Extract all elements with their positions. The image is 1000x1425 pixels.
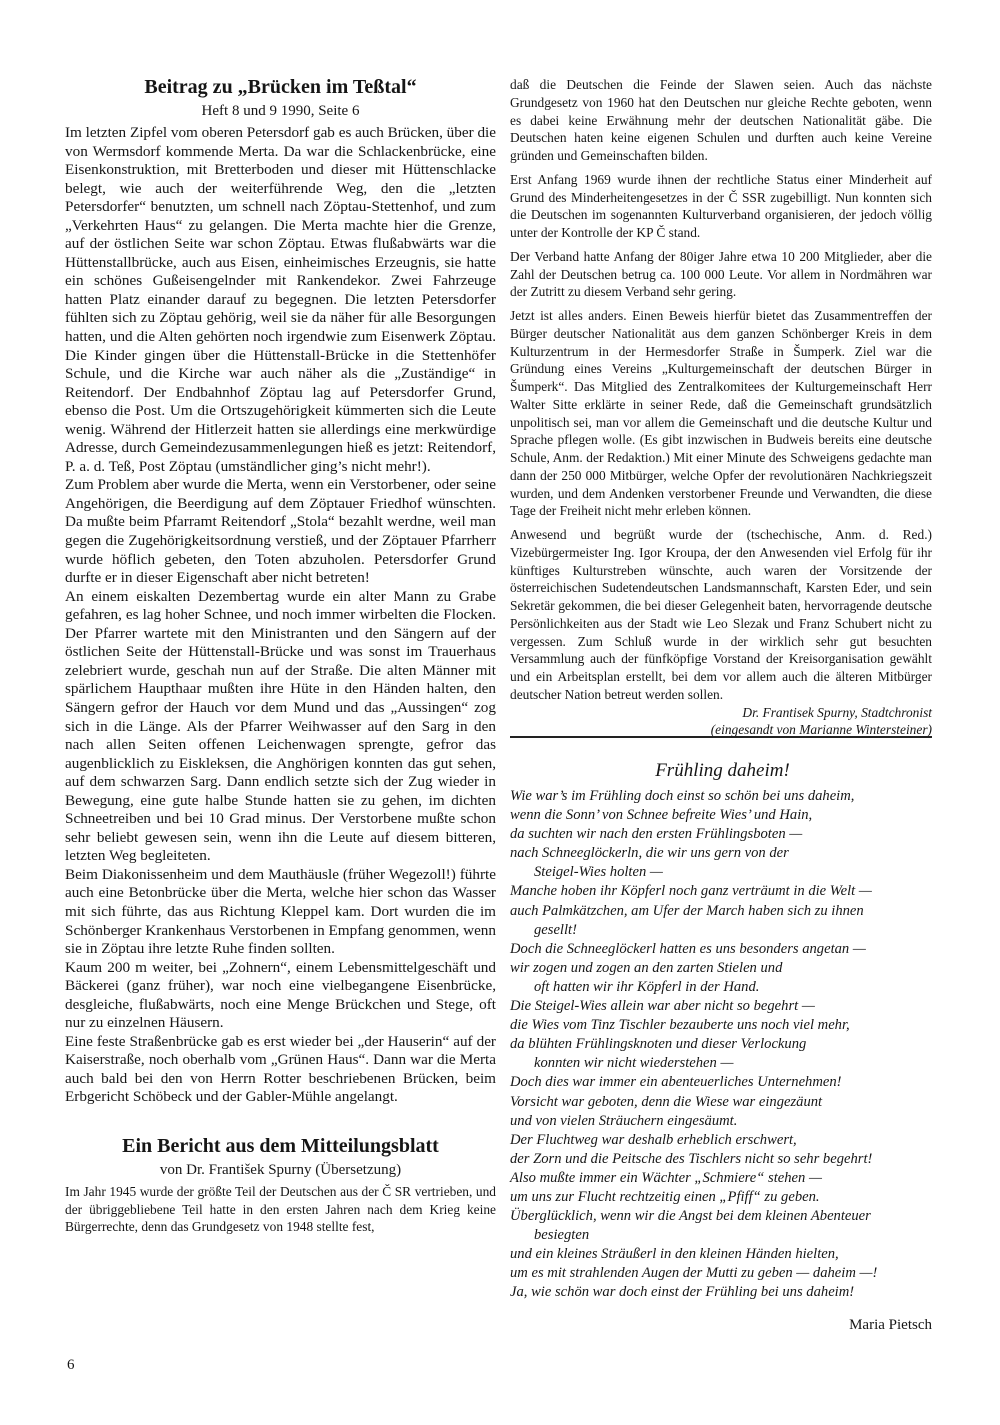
poem-line: Steigel-Wies holten —: [510, 863, 935, 882]
paragraph: An einem eiskalten Dezembertag wurde ein…: [65, 588, 496, 866]
poem-line: Ja, wie schön war doch einst der Frühlin…: [510, 1283, 935, 1302]
poem-line: oft hatten wir ihr Köpferl in der Hand.: [510, 978, 935, 997]
paragraph: Im letzten Zipfel vom oberen Petersdorf …: [65, 124, 496, 476]
poem-line: um es mit strahlenden Augen der Mutti zu…: [510, 1264, 935, 1283]
poem-line: konnten wir nicht wiederstehen —: [510, 1054, 935, 1073]
poem-author: Maria Pietsch: [510, 1315, 932, 1335]
poem-line: Doch dies war immer ein abenteuerliches …: [510, 1073, 935, 1092]
paragraph: Jetzt ist alles anders. Einen Beweis hie…: [510, 307, 932, 520]
poem-line: gesellt!: [510, 921, 935, 940]
poem-line: wenn die Sonn’ von Schnee befreite Wies’…: [510, 806, 935, 825]
report-byline: von Dr. František Spurny (Übersetzung): [65, 1159, 496, 1181]
poem-line: Der Fluchtweg war deshalb erheblich ersc…: [510, 1131, 935, 1150]
poem-line: Die Steigel-Wies allein war aber nicht s…: [510, 997, 935, 1016]
article-subtitle: Heft 8 und 9 1990, Seite 6: [65, 100, 496, 122]
section-divider: [510, 736, 932, 738]
paragraph: Kaum 200 m weiter, bei „Zohnern“, einem …: [65, 959, 496, 1033]
poem-line: wir zogen und zogen an den zarten Stiele…: [510, 959, 935, 978]
poem-line: besiegten: [510, 1226, 935, 1245]
paragraph: Eine feste Straßenbrücke gab es erst wie…: [65, 1033, 496, 1107]
poem-line: und von vielen Sträuchern eingesäumt.: [510, 1112, 935, 1131]
poem-line: Vorsicht war geboten, denn die Wiese war…: [510, 1093, 935, 1112]
paragraph: daß die Deutschen die Feinde der Slawen …: [510, 76, 932, 165]
signature-author: Dr. Frantisek Spurny, Stadtchronist: [510, 704, 932, 722]
paragraph: Beim Diakonissenheim und dem Mauthäusle …: [65, 866, 496, 959]
left-column: Beitrag zu „Brücken im Teßtal“ Heft 8 un…: [65, 74, 496, 1236]
poem-line: Also mußte immer ein Wächter „Schmiere“ …: [510, 1169, 935, 1188]
poem-line: Doch die Schneeglöckerl hatten es uns be…: [510, 940, 935, 959]
poem-line: um uns zur Flucht rechtzeitig einen „Pfi…: [510, 1188, 935, 1207]
poem-line: Manche hoben ihr Köpferl noch ganz vertr…: [510, 882, 935, 901]
poem-line: auch Palmkätzchen, am Ufer der March hab…: [510, 902, 935, 921]
poem-line: Wie war’s im Frühling doch einst so schö…: [510, 787, 935, 806]
paragraph: Zum Problem aber wurde die Merta, wenn e…: [65, 476, 496, 587]
poem: Frühling daheim! Wie war’s im Frühling d…: [510, 757, 935, 1335]
poem-line: nach Schneeglöckerln, die wir uns gern v…: [510, 844, 935, 863]
poem-line: und ein kleines Sträußerl in den kleinen…: [510, 1245, 935, 1264]
poem-line: da suchten wir nach den ersten Frühlings…: [510, 825, 935, 844]
report-title: Ein Bericht aus dem Mitteilungsblatt: [65, 1133, 496, 1159]
poem-line: Überglücklich, wenn wir die Angst bei de…: [510, 1207, 935, 1226]
right-column: daß die Deutschen die Feinde der Slawen …: [510, 76, 932, 739]
page-number: 6: [67, 1355, 75, 1375]
poem-line: die Wies vom Tinz Tischler bezauberte un…: [510, 1016, 935, 1035]
poem-title: Frühling daheim!: [510, 757, 935, 785]
paragraph: Der Verband hatte Anfang der 80iger Jahr…: [510, 248, 932, 301]
report-body-start: Im Jahr 1945 wurde der größte Teil der D…: [65, 1183, 496, 1236]
poem-lines: Wie war’s im Frühling doch einst so schö…: [510, 787, 935, 1303]
poem-line: da blühten Frühlingsknoten und dieser Ve…: [510, 1035, 935, 1054]
article-title: Beitrag zu „Brücken im Teßtal“: [65, 74, 496, 100]
paragraph: Erst Anfang 1969 wurde ihnen der rechtli…: [510, 171, 932, 242]
paragraph: Anwesend und begrüßt wurde der (tschechi…: [510, 526, 932, 704]
article-body: Im letzten Zipfel vom oberen Petersdorf …: [65, 124, 496, 1107]
poem-line: der Zorn und die Peitsche des Tischlers …: [510, 1150, 935, 1169]
paragraph: Im Jahr 1945 wurde der größte Teil der D…: [65, 1183, 496, 1236]
